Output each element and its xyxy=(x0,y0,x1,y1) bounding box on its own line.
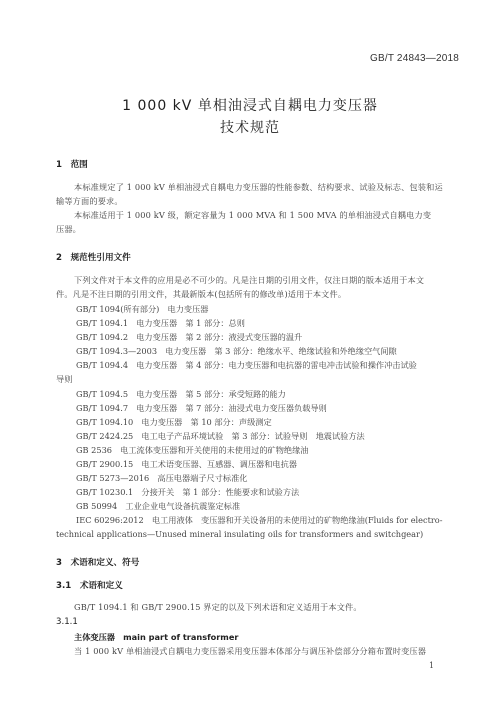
reference-item: GB/T 1094(所有部分) 电力变压器 xyxy=(76,304,208,315)
section-1-heading: 1 范围 xyxy=(56,158,88,170)
reference-item: GB/T 1094.3—2003 电力变压器 第 3 部分：绝缘水平、绝缘试验和… xyxy=(76,346,397,357)
paragraph: 本标准规定了 1 000 kV 单相油浸式自耦电力变压器的性能参数、结构要求、试… xyxy=(74,182,443,193)
document-title-line2: 技术规范 xyxy=(0,117,500,137)
reference-item: GB/T 1094.7 电力变压器 第 7 部分：油浸式电力变压器负载导则 xyxy=(76,403,327,414)
reference-item: GB/T 1094.1 电力变压器 第 1 部分：总则 xyxy=(76,318,245,329)
term-label: 主体变压器 main part of transformer xyxy=(74,632,238,643)
reference-item-continuation: technical applications—Unused mineral in… xyxy=(56,529,423,539)
paragraph: 当 1 000 kV 单相油浸式自耦电力变压器采用变压器本体部分与调压补偿部分分… xyxy=(74,646,426,657)
paragraph: 压器。 xyxy=(56,224,81,235)
reference-item: GB/T 2900.15 电工术语变压器、互感器、调压器和电抗器 xyxy=(76,459,297,470)
paragraph: 件。凡是不注日期的引用文件，其最新版本(包括所有的修改单)适用于本文件。 xyxy=(56,289,346,300)
reference-item: GB/T 2424.25 电工电子产品环境试验 第 3 部分：试验导则 地震试验… xyxy=(76,431,365,442)
reference-item: GB 50994 工业企业电气设备抗震鉴定标准 xyxy=(76,501,240,512)
page-number: 1 xyxy=(429,661,434,670)
standard-number: GB/T 24843—2018 xyxy=(370,53,459,64)
paragraph: GB/T 1094.1 和 GB/T 2900.15 界定的以及下列术语和定义适… xyxy=(74,602,362,613)
paragraph: 下列文件对于本文件的应用是必不可少的。凡是注日期的引用文件，仅注日期的版本适用于… xyxy=(74,275,424,286)
section-2-heading: 2 规范性引用文件 xyxy=(56,251,131,263)
reference-item: GB/T 1094.10 电力变压器 第 10 部分：声级测定 xyxy=(76,417,272,428)
term-number: 3.1.1 xyxy=(56,617,78,627)
reference-item: GB 2536 电工流体变压器和开关使用的未使用过的矿物绝缘油 xyxy=(76,445,309,456)
reference-item: GB/T 5273—2016 高压电器端子尺寸标准化 xyxy=(76,473,248,484)
reference-item: GB/T 1094.4 电力变压器 第 4 部分：电力变压器和电抗器的雷电冲击试… xyxy=(76,360,417,371)
reference-item: GB/T 1094.2 电力变压器 第 2 部分：液浸式变压器的温升 xyxy=(76,332,302,343)
paragraph: 本标准适用于 1 000 kV 级，额定容量为 1 000 MVA 和 1 50… xyxy=(74,210,431,221)
document-title-line1: 1 000 kV 单相油浸式自耦电力变压器 xyxy=(0,95,500,115)
reference-item: GB/T 10230.1 分接开关 第 1 部分：性能要求和试验方法 xyxy=(76,487,299,498)
paragraph: 输等方面的要求。 xyxy=(56,196,123,207)
reference-item-continuation: 导则 xyxy=(56,374,72,385)
reference-item: GB/T 1094.5 电力变压器 第 5 部分：承受短路的能力 xyxy=(76,389,286,400)
section-3-1-heading: 3.1 术语和定义 xyxy=(56,579,123,591)
section-3-heading: 3 术语和定义、符号 xyxy=(56,556,139,568)
reference-item: IEC 60296:2012 电工用液体 变压器和开关设备用的未使用过的矿物绝缘… xyxy=(76,515,442,526)
